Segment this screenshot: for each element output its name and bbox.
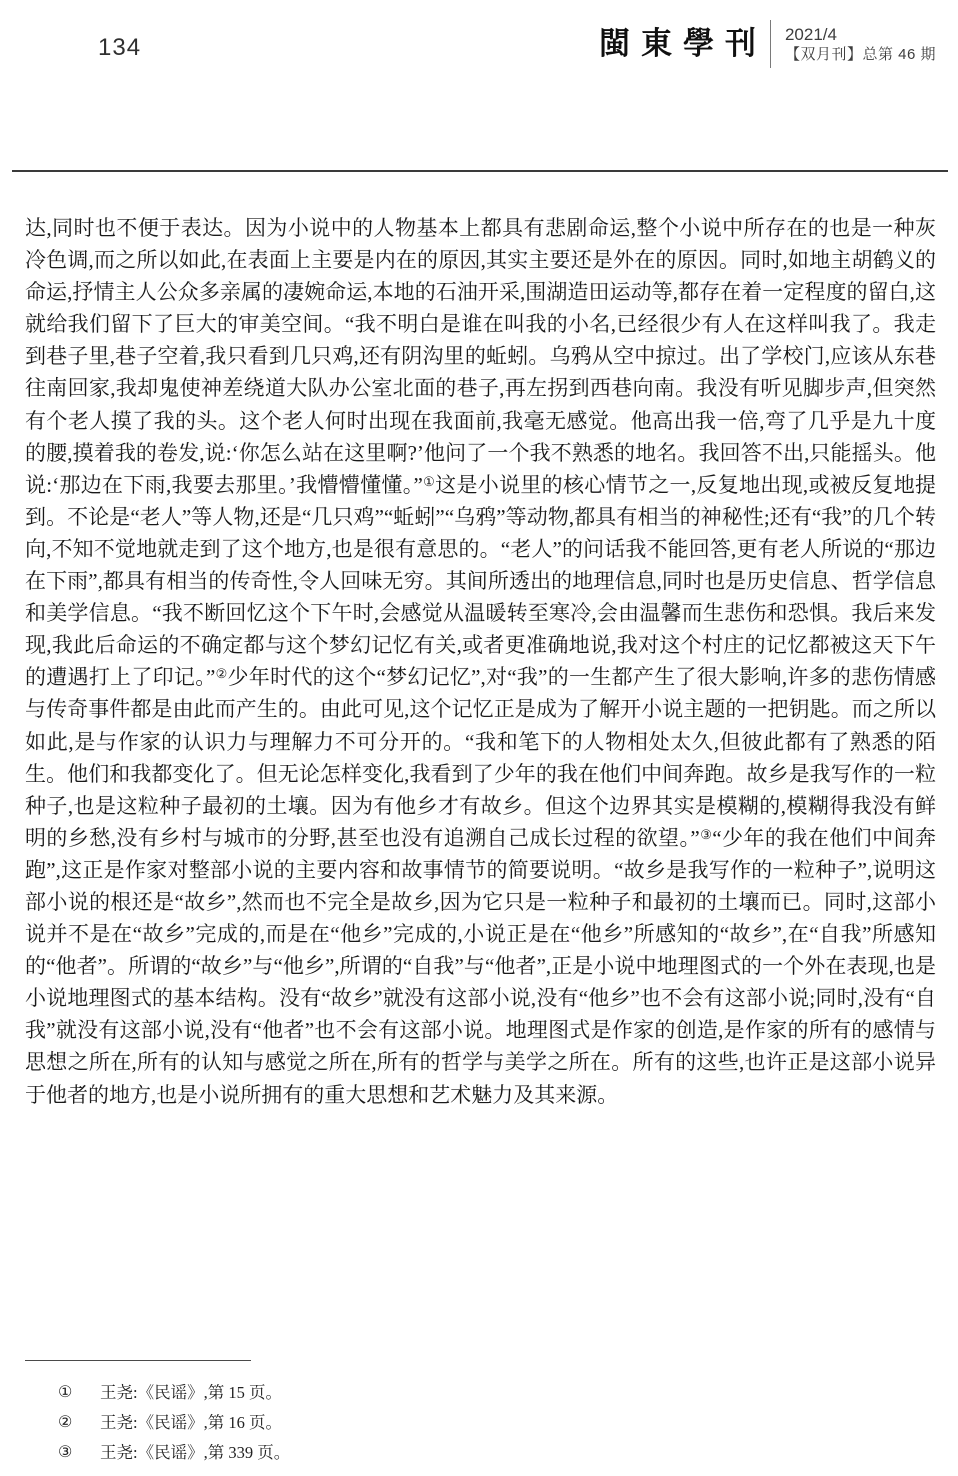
footnote-text: 王尧:《民谣》,第 15 页。 xyxy=(100,1378,282,1408)
footnote-marker: ① xyxy=(58,1378,100,1408)
footnote-text: 王尧:《民谣》,第 16 页。 xyxy=(100,1408,282,1438)
footnote-marker: ③ xyxy=(58,1438,100,1468)
footnote-ref: ② xyxy=(215,666,227,681)
issue-frequency-volume: 【双月刊】总第 46 期 xyxy=(785,45,936,65)
footnote-list: ①王尧:《民谣》,第 15 页。②王尧:《民谣》,第 16 页。③王尧:《民谣》… xyxy=(25,1378,785,1468)
issue-info: 2021/4 【双月刊】总第 46 期 xyxy=(785,24,936,65)
page-number: 134 xyxy=(98,34,141,62)
body-text: 达,同时也不便于表达。因为小说中的人物基本上都具有悲剧命运,整个小说中所存在的也… xyxy=(25,212,936,1111)
footnote-ref: ① xyxy=(423,474,435,489)
footnote-item: ①王尧:《民谣》,第 15 页。 xyxy=(25,1378,785,1408)
footnote-ref: ③ xyxy=(700,827,713,842)
masthead: 閩東學刊 2021/4 【双月刊】总第 46 期 xyxy=(599,18,936,70)
masthead-divider xyxy=(770,20,771,68)
footnote-marker: ② xyxy=(58,1408,100,1438)
footnote-text: 王尧:《民谣》,第 339 页。 xyxy=(100,1438,290,1468)
footnote-item: ③王尧:《民谣》,第 339 页。 xyxy=(25,1438,785,1468)
footnote-item: ②王尧:《民谣》,第 16 页。 xyxy=(25,1408,785,1438)
header-rule xyxy=(12,170,948,172)
journal-title: 閩東學刊 xyxy=(599,18,767,70)
journal-page: 134 閩東學刊 2021/4 【双月刊】总第 46 期 达,同时也不便于表达。… xyxy=(0,0,958,1476)
issue-year-number: 2021/4 xyxy=(785,24,936,45)
footnote-rule xyxy=(25,1360,251,1361)
